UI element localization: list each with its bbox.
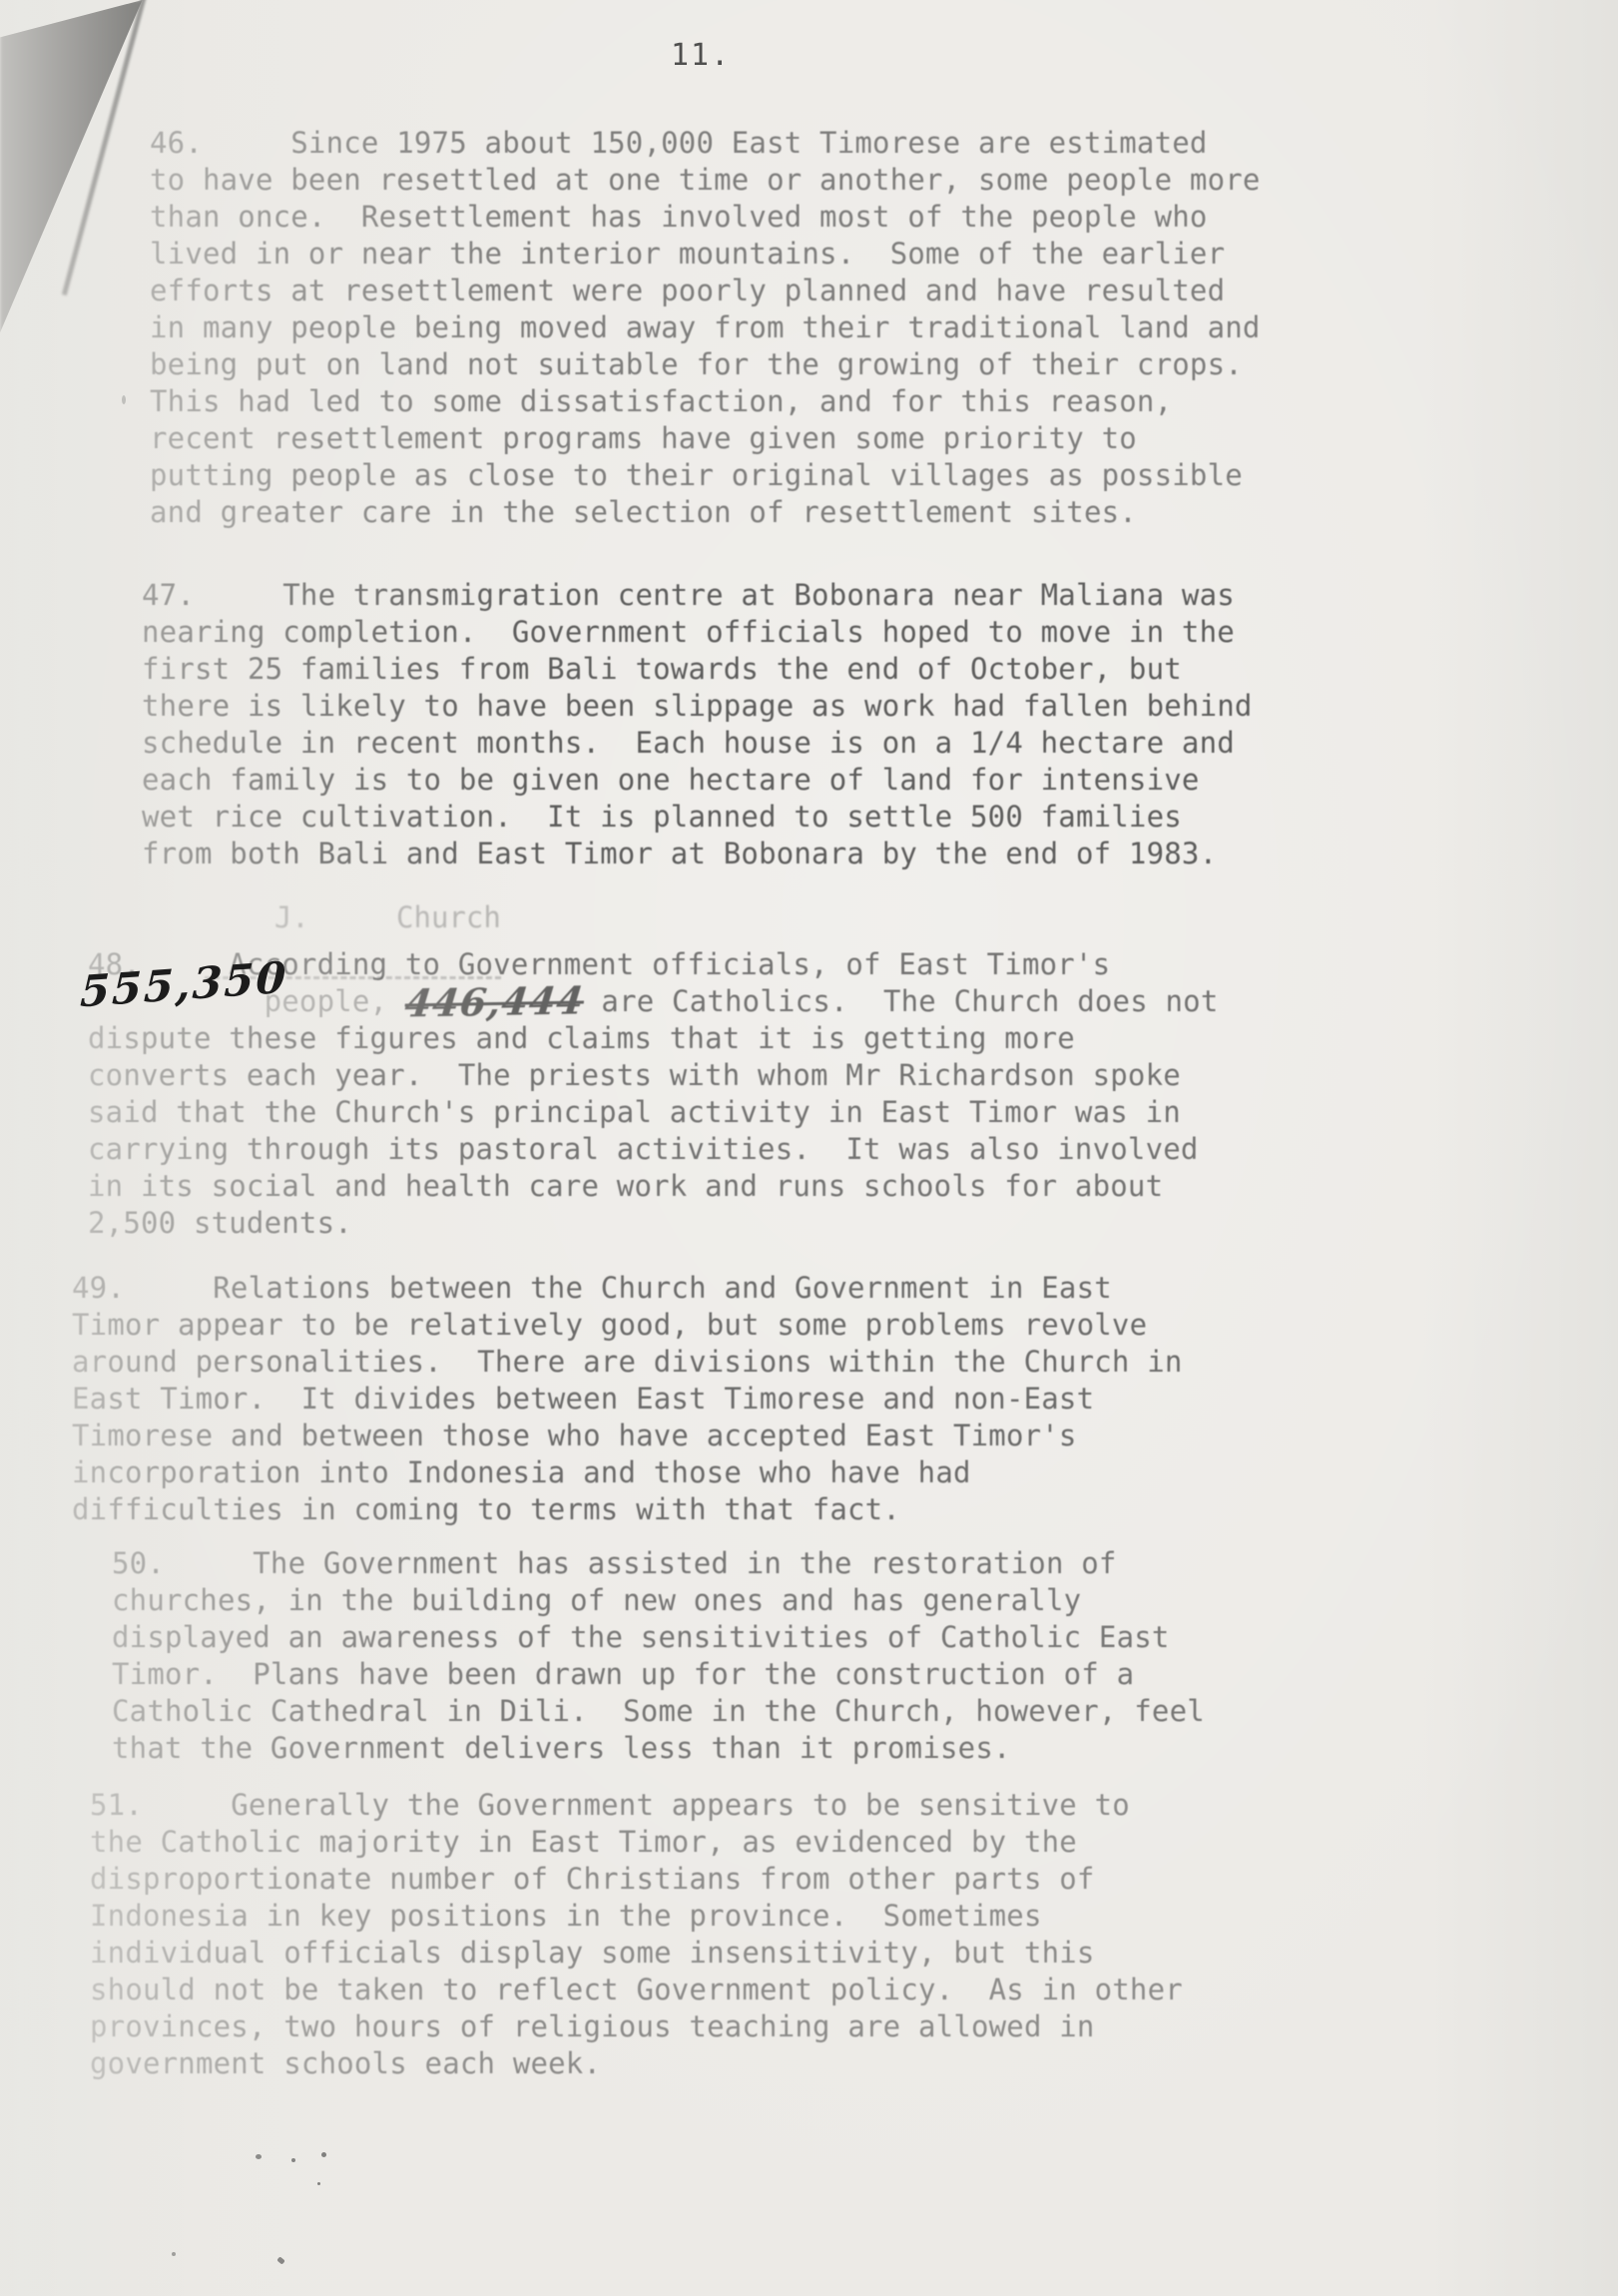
text-line: difficulties in coming to terms with tha…	[72, 1491, 1183, 1528]
text-line: the Catholic majority in East Timor, as …	[90, 1824, 1183, 1861]
text-line: This had led to some dissatisfaction, an…	[150, 383, 1261, 420]
text-line: 2,500 students.	[88, 1205, 1219, 1242]
text-line: Catholic Cathedral in Dili. Some in the …	[112, 1693, 1205, 1730]
handwritten-catholics-total: 446,444	[405, 1000, 584, 1003]
text-line: efforts at resettlement were poorly plan…	[150, 273, 1261, 309]
page-number: 11.	[671, 38, 731, 73]
ink-speck	[321, 2152, 326, 2157]
text-line: incorporation into Indonesia and those w…	[72, 1454, 1183, 1491]
text-line: dispute these figures and claims that it…	[88, 1020, 1219, 1057]
text-line: 47. The transmigration centre at Bobonar…	[142, 577, 1253, 614]
text-line: nearing completion. Government officials…	[142, 614, 1253, 651]
text-line: should not be taken to reflect Governmen…	[90, 1972, 1183, 2009]
scanned-document-page: 11. 46. Since 1975 about 150,000 East Ti…	[0, 0, 1618, 2296]
text-line: Timor. Plans have been drawn up for the …	[112, 1656, 1205, 1693]
text-line: recent resettlement programs have given …	[150, 420, 1261, 457]
ink-speck	[317, 2182, 320, 2185]
typed-text: are Catholics. The Church does not	[584, 984, 1219, 1018]
ink-speck	[276, 2256, 285, 2264]
text-line: carrying through its pastoral activities…	[88, 1131, 1219, 1168]
ink-speck	[291, 2158, 295, 2162]
text-line: 51. Generally the Government appears to …	[90, 1787, 1183, 1824]
text-line: that the Government delivers less than i…	[112, 1730, 1205, 1767]
paragraph-46: 46. Since 1975 about 150,000 East Timore…	[150, 125, 1261, 531]
text-line: around personalities. There are division…	[72, 1344, 1183, 1381]
text-line: first 25 families from Bali towards the …	[142, 651, 1253, 688]
paragraph-47: 47. The transmigration centre at Bobonar…	[142, 577, 1253, 872]
text-line: provinces, two hours of religious teachi…	[90, 2009, 1183, 2045]
paragraph-50: 50. The Government has assisted in the r…	[112, 1545, 1205, 1767]
paragraph-49: 49. Relations between the Church and Gov…	[72, 1270, 1183, 1528]
text-line: 49. Relations between the Church and Gov…	[72, 1270, 1183, 1307]
text-line: displayed an awareness of the sensitivit…	[112, 1619, 1205, 1656]
paragraph-51: 51. Generally the Government appears to …	[90, 1787, 1183, 2082]
text-line: wet rice cultivation. It is planned to s…	[142, 799, 1253, 836]
text-line: Timor appear to be relatively good, but …	[72, 1307, 1183, 1344]
text-line: lived in or near the interior mountains.…	[150, 236, 1261, 273]
text-line: and greater care in the selection of res…	[150, 494, 1261, 531]
text-line: in many people being moved away from the…	[150, 309, 1261, 346]
ink-speck	[172, 2252, 176, 2256]
text-line: Timorese and between those who have acce…	[72, 1418, 1183, 1454]
ink-speck	[122, 395, 126, 404]
text-line: East Timor. It divides between East Timo…	[72, 1381, 1183, 1418]
text-line: churches, in the building of new ones an…	[112, 1582, 1205, 1619]
text-line: individual officials display some insens…	[90, 1935, 1183, 1972]
ink-speck	[256, 2154, 262, 2159]
text-line: than once. Resettlement has involved mos…	[150, 199, 1261, 236]
text-line: to have been resettled at one time or an…	[150, 162, 1261, 199]
text-line: there is likely to have been slippage as…	[142, 688, 1253, 725]
text-line: converts each year. The priests with who…	[88, 1057, 1219, 1094]
text-line: Indonesia in key positions in the provin…	[90, 1898, 1183, 1935]
text-line: 50. The Government has assisted in the r…	[112, 1545, 1205, 1582]
text-line: 46. Since 1975 about 150,000 East Timore…	[150, 125, 1261, 162]
text-line: each family is to be given one hectare o…	[142, 762, 1253, 799]
text-line: disproportionate number of Christians fr…	[90, 1861, 1183, 1898]
text-line: putting people as close to their origina…	[150, 457, 1261, 494]
text-line: said that the Church's principal activit…	[88, 1094, 1219, 1131]
section-heading-text: J. Church	[274, 900, 501, 934]
text-line: government schools each week.	[90, 2045, 1183, 2082]
text-line: schedule in recent months. Each house is…	[142, 725, 1253, 762]
text-line: being put on land not suitable for the g…	[150, 346, 1261, 383]
text-line: in its social and health care work and r…	[88, 1168, 1219, 1205]
